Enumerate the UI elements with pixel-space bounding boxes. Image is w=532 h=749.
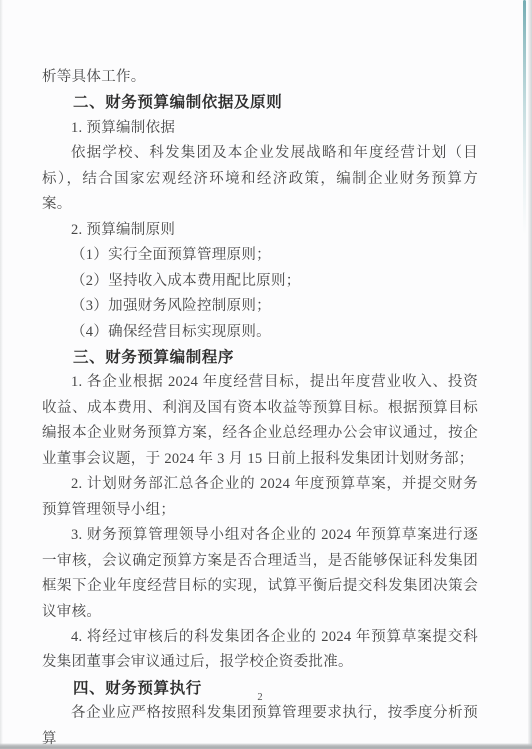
list-item-3: （3）加强财务风险控制原则； [42,294,478,319]
list-item-1: （1）实行全面预算管理原则； [42,243,478,268]
paragraph: 各企业应严格按照科发集团预算管理要求执行，按季度分析预算 [42,701,478,749]
list-item-4: （4）确保经营目标实现原则。 [42,320,478,345]
paragraph: 1. 预算编制依据 [42,116,478,141]
paragraph-continuation: 析等具体工作。 [42,65,478,90]
section-heading-3: 三、财务预算编制程序 [42,345,478,370]
paragraph: 依据学校、科发集团及本企业发展战略和年度经营计划（目标），结合国家宏观经济环境和… [42,141,478,217]
page-number: 2 [42,692,478,703]
scan-edge-left [0,0,3,749]
paragraph: 4. 将经过审核后的科发集团各企业的 2024 年预算草案提交科发集团董事会审议… [42,625,478,676]
section-heading-2: 二、财务预算编制依据及原则 [42,90,478,115]
paragraph: 2. 计划财务部汇总各企业的 2024 年度预算草案，并提交财务预算管理领导小组… [42,472,478,523]
paragraph: 2. 预算编制原则 [42,218,478,243]
document-page: 析等具体工作。 二、财务预算编制依据及原则 1. 预算编制依据 依据学校、科发集… [0,0,532,749]
document-body: 析等具体工作。 二、财务预算编制依据及原则 1. 预算编制依据 依据学校、科发集… [42,65,478,749]
scan-streak-artifact [523,0,526,235]
paragraph: 3. 财务预算管理领导小组对各企业的 2024 年预算草案进行逐一审核，会议确定… [42,523,478,625]
list-item-2: （2）坚持收入成本费用配比原则； [42,269,478,294]
paragraph: 1. 各企业根据 2024 年度经营目标，提出年度营业收入、投资收益、成本费用、… [42,370,478,472]
scan-edge-right [528,0,532,749]
